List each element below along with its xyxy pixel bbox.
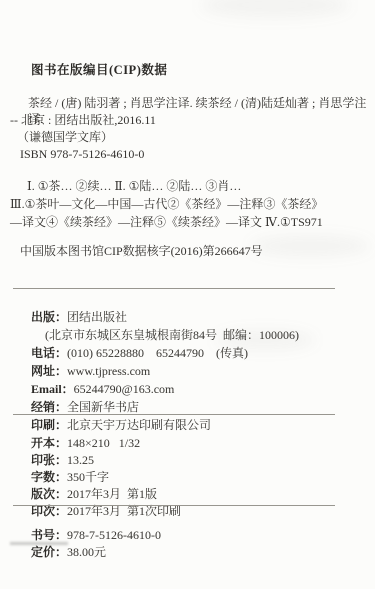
distributor-label: 经销： [31, 400, 67, 414]
publisher-value: 团结出版社 [67, 310, 127, 324]
cip-series-line: （谦德国学文库） [17, 129, 113, 145]
copyright-page: 图书在版编目(CIP)数据 茶经 / (唐) 陆羽著 ; 肖思学注译. 续茶经 … [0, 0, 375, 589]
wordcount-value: 350千字 [67, 470, 109, 484]
cip-classification-line-1: Ⅰ. ①茶… ②续… Ⅱ. ①陆… ②陆… ③肖… [27, 178, 241, 194]
website-value: www.tjpress.com [67, 364, 150, 378]
booknumber-value: 978-7-5126-4610-0 [67, 528, 161, 542]
distributor-value: 全国新华书店 [67, 400, 139, 414]
edition-value: 2017年3月 第1版 [67, 487, 157, 501]
booknumber-label: 书号： [31, 528, 67, 542]
cip-classification-line-3: —译文④《续茶经》—注释⑤《续茶经》—译文 Ⅳ.①TS971 [10, 214, 323, 230]
publisher-row: 出版：团结出版社 [13, 290, 299, 308]
email-value: 65244790@163.com [74, 382, 175, 396]
wordcount-label: 字数： [31, 470, 67, 484]
cip-classification-line-2: Ⅲ.①茶叶—文化—中国—古代②《茶经》—注释③《茶经》 [10, 196, 323, 212]
format-row: 开本：148×210 1/32 [13, 418, 181, 435]
publishing-info-block: 出版：团结出版社 (北京市东城区东皇城根南街84号 邮编：100006) 电话：… [13, 290, 299, 416]
divider-top [13, 288, 335, 289]
website-label: 网址： [31, 364, 67, 378]
divider-bottom [13, 505, 335, 506]
price-value: 38.00元 [67, 545, 106, 559]
divider-middle [13, 414, 335, 415]
publisher-address: (北京市东城区东皇城根南街84号 邮编：100006) [45, 328, 299, 342]
sheets-value: 13.25 [67, 453, 94, 467]
edition-label: 版次： [31, 487, 67, 501]
cip-title: 图书在版编目(CIP)数据 [31, 60, 167, 78]
sheets-label: 印张： [31, 453, 67, 467]
format-label: 开本： [31, 436, 67, 450]
scan-artifact [250, 235, 370, 257]
email-label: Email： [31, 382, 74, 396]
price-label: 定价： [31, 545, 67, 559]
cip-description-line-2: -- 北京 : 团结出版社,2016.11 [10, 112, 156, 128]
scan-artifact [200, 0, 350, 18]
format-value: 148×210 1/32 [67, 436, 140, 450]
cip-record-number: 中国版本图书馆CIP数据核字(2016)第266647号 [20, 243, 263, 259]
book-number-block: 书号：978-7-5126-4610-0 定价：38.00元 [13, 509, 161, 544]
printing-spec-block: 开本：148×210 1/32 印张：13.25 字数：350千字 版次：201… [13, 418, 181, 503]
phone-label: 电话： [31, 346, 67, 360]
phone-value: (010) 65228880 65244790 (传真) [67, 346, 248, 360]
publisher-label: 出版： [31, 310, 67, 324]
booknumber-row: 书号：978-7-5126-4610-0 [13, 509, 161, 527]
isbn-line: ISBN 978-7-5126-4610-0 [20, 146, 144, 162]
